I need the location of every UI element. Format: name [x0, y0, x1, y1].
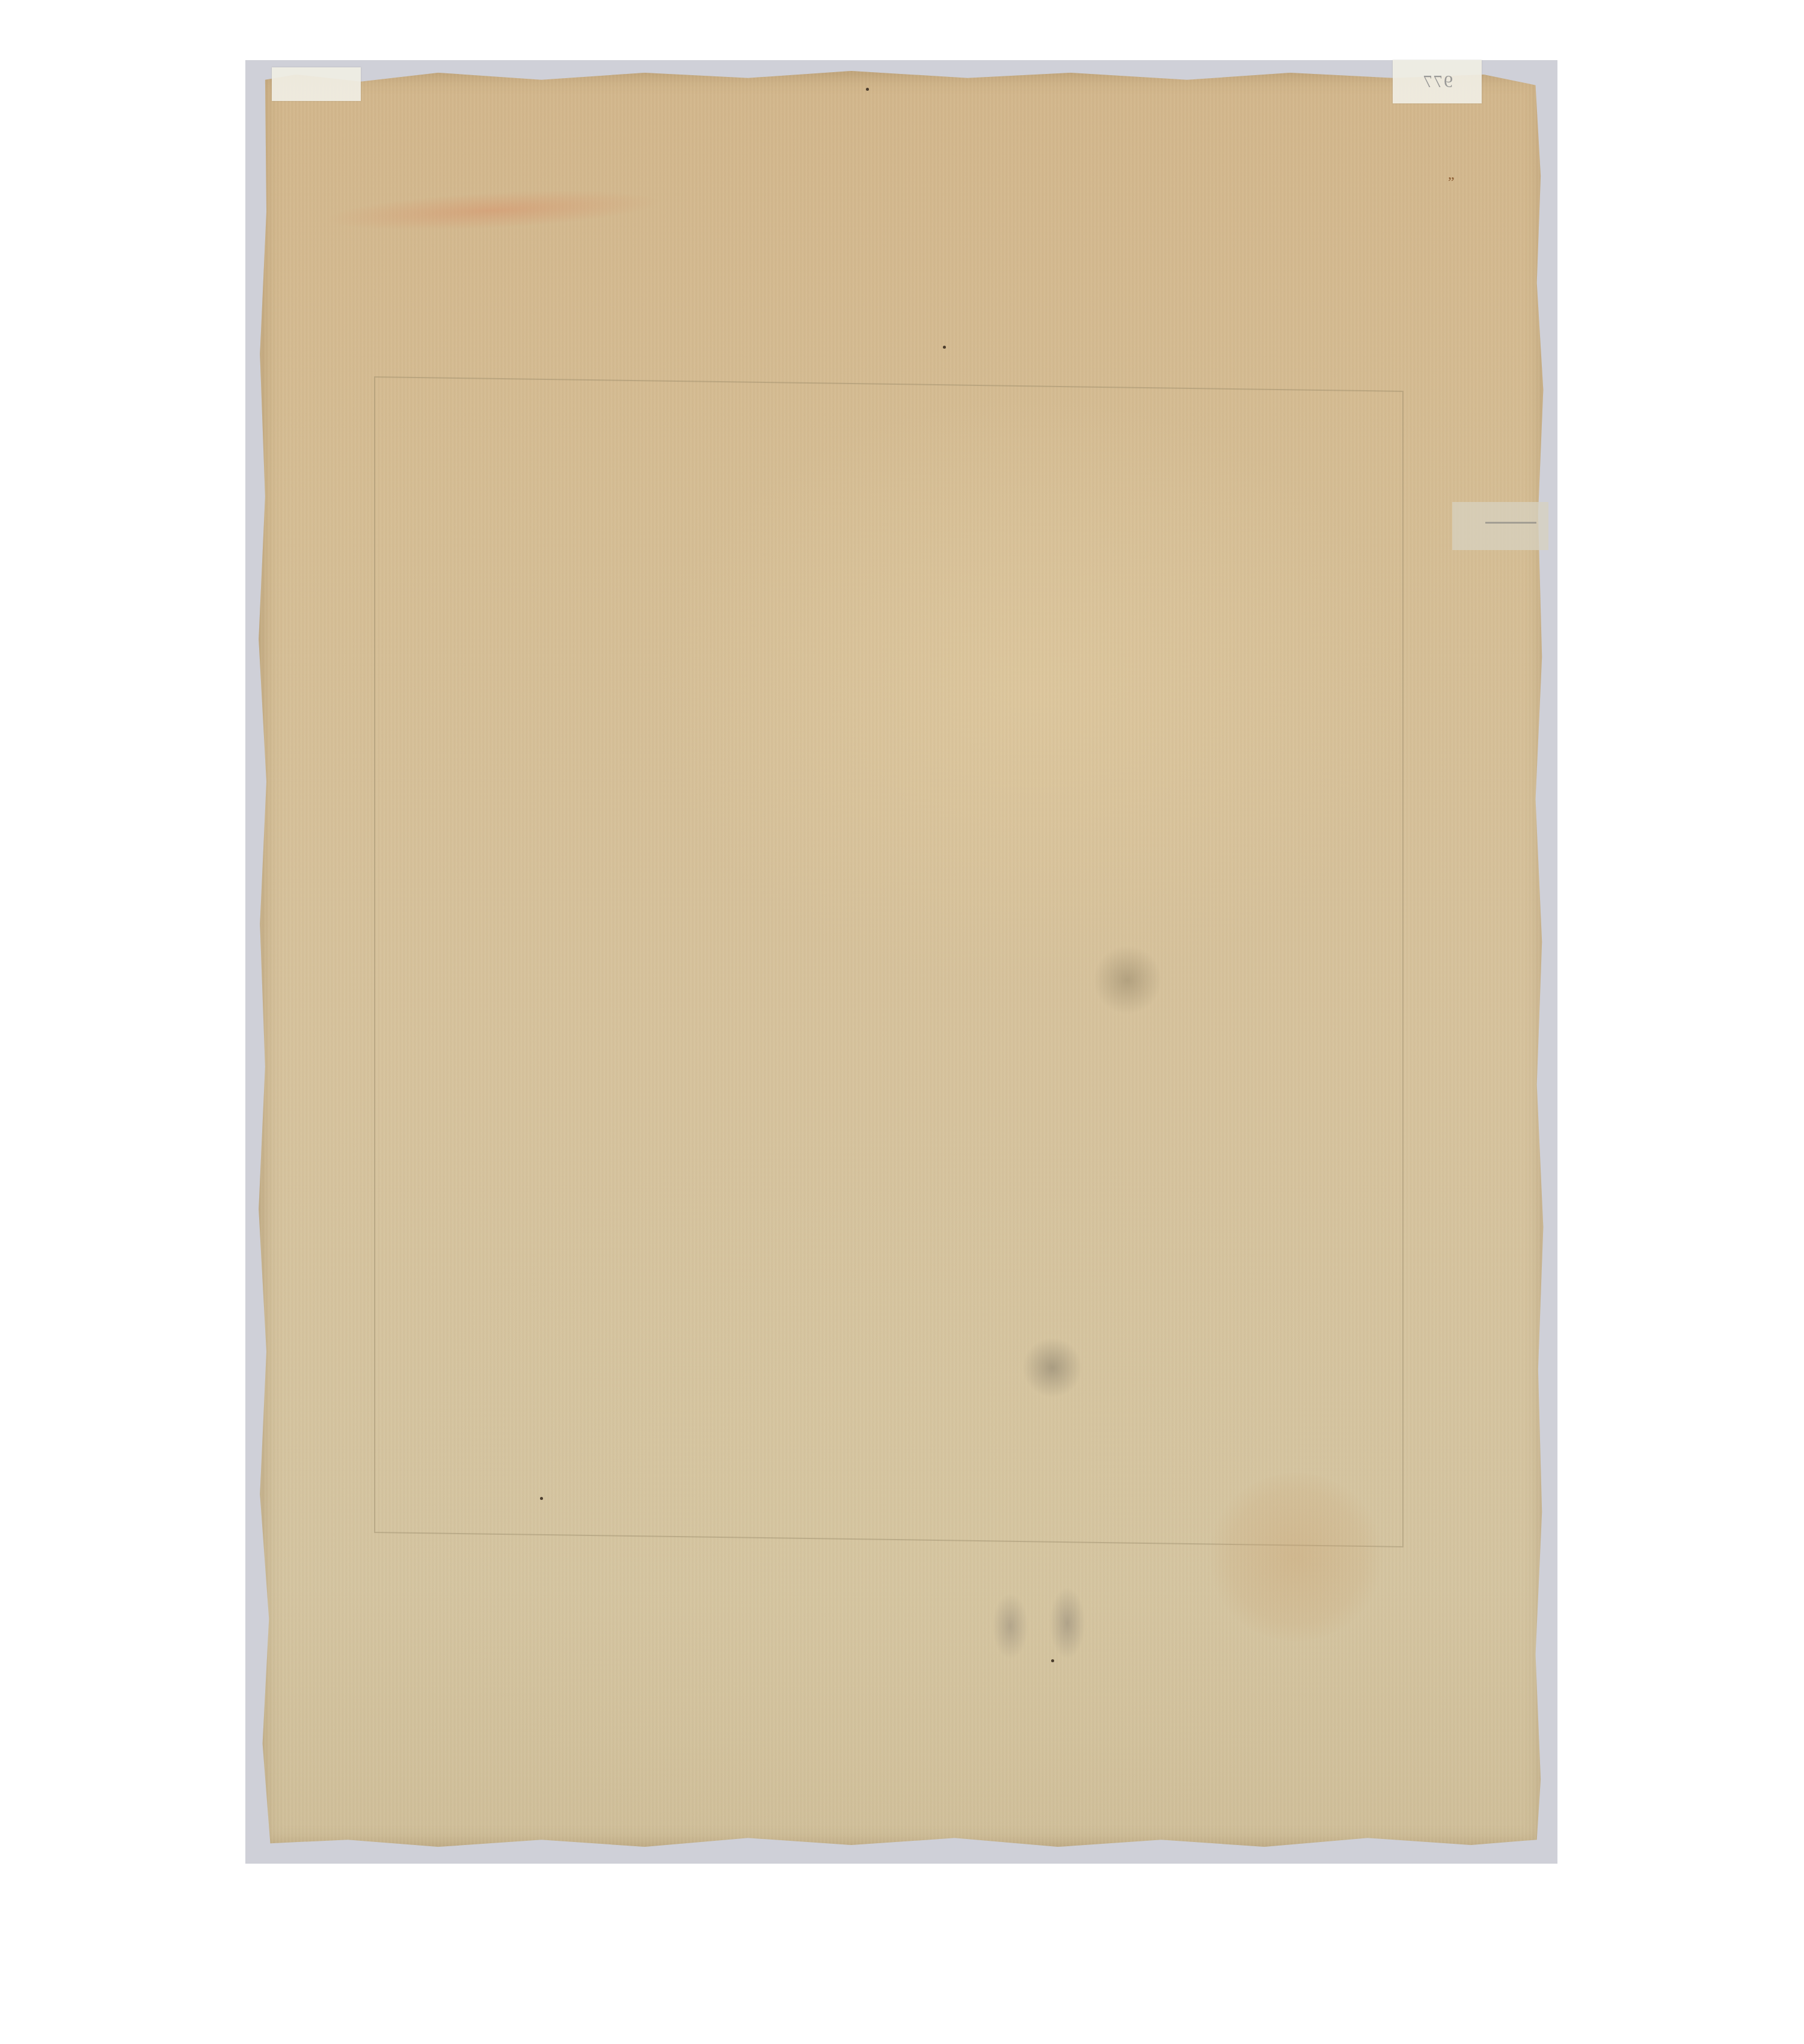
side-tape-residue	[1452, 502, 1548, 550]
plate-mark-impression	[374, 376, 1404, 1547]
speck	[943, 346, 946, 349]
inventory-number-label: 977	[1422, 72, 1453, 92]
foxing-stain	[1094, 944, 1161, 1016]
hinge-tape-right: 977	[1393, 60, 1482, 103]
small-ink-mark: ”	[1448, 174, 1455, 191]
foxing-stain	[1022, 1338, 1082, 1398]
tide-line-stain	[1209, 1473, 1383, 1641]
speck	[540, 1497, 543, 1500]
speck	[1051, 1659, 1054, 1662]
speck	[866, 88, 869, 91]
foxing-stain	[1049, 1587, 1085, 1659]
hinge-tape-left	[272, 67, 361, 101]
pencil-mark	[1485, 522, 1536, 524]
foxing-stain	[992, 1593, 1028, 1659]
